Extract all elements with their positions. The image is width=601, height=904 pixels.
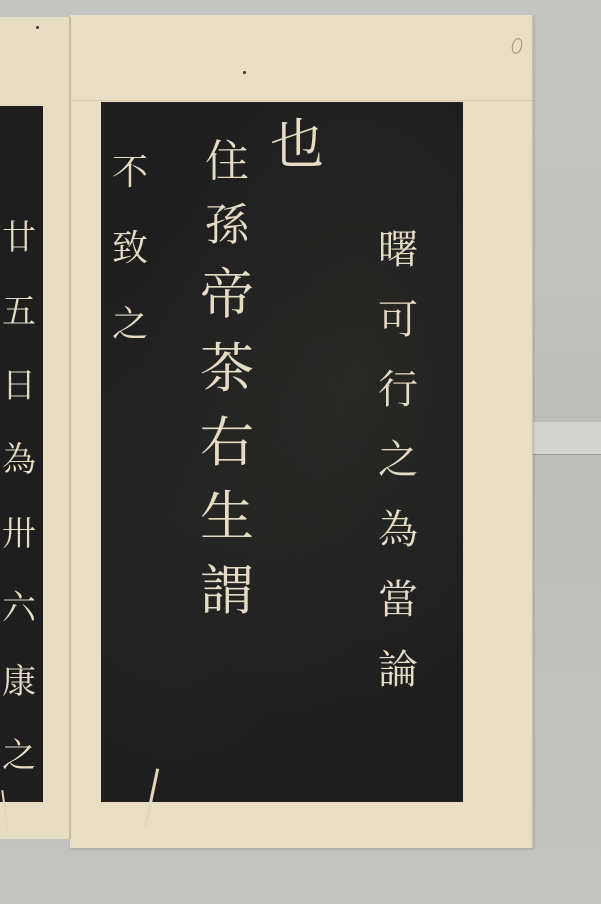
- character: 行: [378, 370, 418, 410]
- character: 之: [378, 440, 418, 480]
- background-band: [530, 422, 601, 455]
- character: 也: [270, 118, 324, 172]
- character: 謂: [200, 564, 254, 618]
- character: 住: [205, 140, 249, 184]
- character: 可: [378, 300, 418, 340]
- page-rule-line: [70, 100, 532, 101]
- character: 之: [112, 307, 148, 343]
- character: 曙: [378, 230, 418, 270]
- character: 康: [2, 665, 36, 699]
- character: 不: [112, 155, 148, 191]
- character: 為: [378, 510, 418, 550]
- left-rubbing-panel: 廿 五 日 為 卅 六 康 之: [0, 106, 43, 802]
- character: 右: [200, 416, 254, 470]
- character: 卅: [2, 517, 36, 551]
- calligraphy-top-character: 也: [270, 118, 324, 172]
- character: 生: [200, 490, 254, 544]
- character: 論: [378, 650, 418, 690]
- character: 茶: [200, 342, 254, 396]
- character: 日: [2, 369, 36, 403]
- character: 孫: [205, 204, 249, 248]
- character: 五: [2, 295, 36, 329]
- calligraphy-column-right: 曙 可 行 之 為 當 論: [378, 230, 418, 690]
- character: 帝: [200, 268, 254, 322]
- calligraphy-column-left: 不 致 之: [112, 155, 148, 343]
- page-fold: [69, 17, 71, 839]
- character: 之: [2, 739, 36, 773]
- left-page-column: 廿 五 日 為 卅 六 康 之: [2, 221, 36, 773]
- character: 致: [112, 231, 148, 267]
- ink-spot: [243, 71, 246, 74]
- character: 廿: [2, 221, 36, 255]
- character: 為: [2, 443, 36, 477]
- character: 六: [2, 591, 36, 625]
- ink-spot: [36, 26, 39, 29]
- character: 當: [378, 580, 418, 620]
- calligraphy-column-middle: 住 孫 帝 茶 右 生 謂: [200, 140, 254, 618]
